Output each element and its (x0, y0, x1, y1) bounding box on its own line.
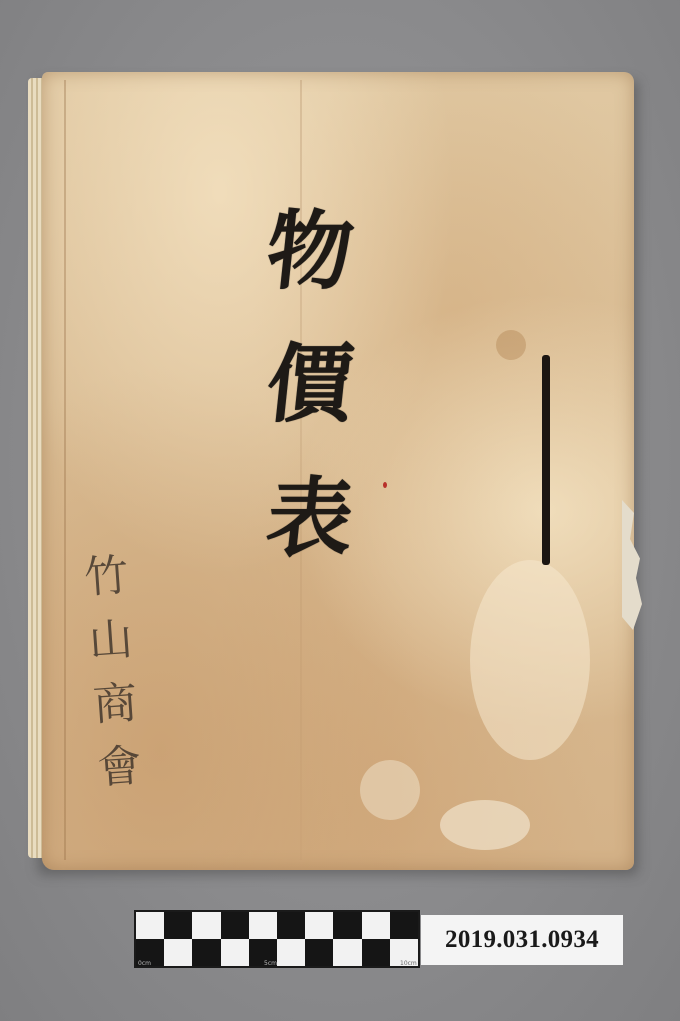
scale-cell (164, 912, 192, 939)
annotation-char: 竹 (82, 544, 130, 611)
scale-cell (362, 912, 390, 939)
cover-title: 物 價 表 (210, 185, 410, 585)
stain (440, 800, 530, 850)
scale-label-0: 0cm (138, 960, 151, 967)
title-char: 表 (260, 452, 360, 585)
annotation-char: 會 (96, 735, 144, 802)
scale-cell (249, 912, 277, 939)
title-char: 價 (260, 318, 360, 451)
scale-cell (390, 912, 418, 939)
binding-strip (542, 355, 550, 565)
scale-label-5: 5cm (264, 960, 277, 967)
annotation-char: 山 (87, 607, 135, 674)
accession-number-label: 2019.031.0934 (421, 915, 623, 965)
scale-cell (192, 939, 220, 966)
scale-cell (221, 939, 249, 966)
annotation-char: 商 (91, 671, 139, 738)
scale-cell (305, 939, 333, 966)
spine-fold (64, 80, 66, 860)
scale-cell (136, 912, 164, 939)
scale-cell (305, 912, 333, 939)
scale-bar (134, 910, 420, 968)
stain (470, 560, 590, 760)
stain (496, 330, 526, 360)
scale-cell (192, 912, 220, 939)
scale-cell (333, 912, 361, 939)
scale-label-10: 10cm (400, 960, 417, 967)
scale-cell (362, 939, 390, 966)
scale-cell (333, 939, 361, 966)
scale-cell (277, 912, 305, 939)
scale-cell (277, 939, 305, 966)
stain (360, 760, 420, 820)
scale-cell (164, 939, 192, 966)
title-char: 物 (260, 185, 360, 318)
scale-cell (221, 912, 249, 939)
